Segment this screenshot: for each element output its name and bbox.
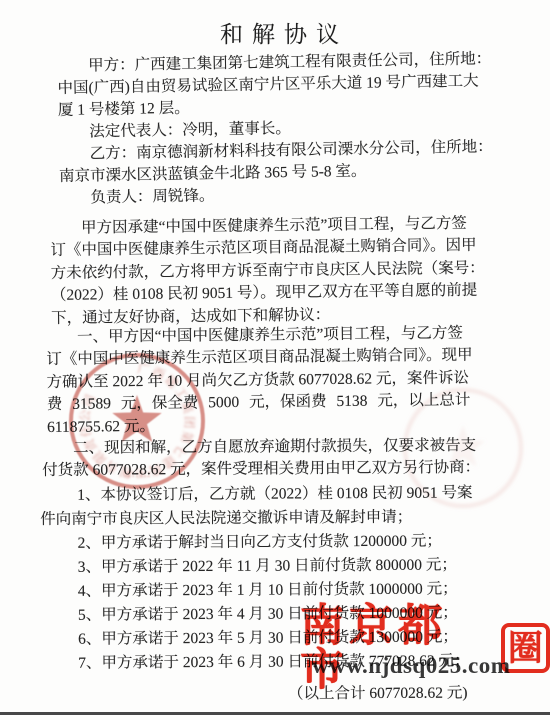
doc-line: 件向南宁市良庆区人民法院递交撤诉申请及解封申请； xyxy=(40,505,473,532)
parties-section: 甲方：广西建工集团第七建筑工程有限责任公司，住所地： 中国(广西)自由贸易试验区… xyxy=(57,48,494,210)
doc-line: 二、现因和解，乙方自愿放弃逾期付款损失，仅要求被告支 xyxy=(42,435,480,460)
doc-line: 2、甲方承诺于解封当日向乙方支付货款 1200000 元； xyxy=(40,529,473,556)
background-section: 甲方因承建“中国中医健康养生示范”项目工程，与乙方签 订《中国中医健康养生示范区… xyxy=(50,213,485,330)
document-title: 和解协议 xyxy=(0,16,550,49)
settlement-agreement-document: 和解协议 甲方：广西建工集团第七建筑工程有限责任公司，住所地： 中国(广西)自由… xyxy=(0,0,550,720)
clause-one-section: 一、甲方因“中国中医健康养生示范”项目工程，与乙方签 订《中国中医健康养生示范区… xyxy=(46,323,473,439)
doc-line: 费 31589 元，保全费 5000 元，保函费 5138 元，以上总计 xyxy=(47,390,473,417)
doc-line: 1、本协议签订后，乙方就（2022）桂 0108 民初 9051 号案 xyxy=(40,481,473,508)
watermark-url: www.njdsq025.com xyxy=(312,653,510,679)
doc-line: 4、甲方承诺于 2023 年 1 月 10 日前付货款 1000000 元； xyxy=(41,577,474,604)
scan-bottom-edge xyxy=(0,712,550,715)
doc-line: 付货款 6077028.62 元，案件受理相关费用由甲乙双方另行协商： xyxy=(42,457,480,482)
doc-line: 3、甲方承诺于 2022 年 11 月 30 日前付货款 800000 元； xyxy=(40,553,473,580)
clause-two-section: 二、现因和解，乙方自愿放弃逾期付款损失，仅要求被告支 付货款 6077028.6… xyxy=(42,435,480,483)
